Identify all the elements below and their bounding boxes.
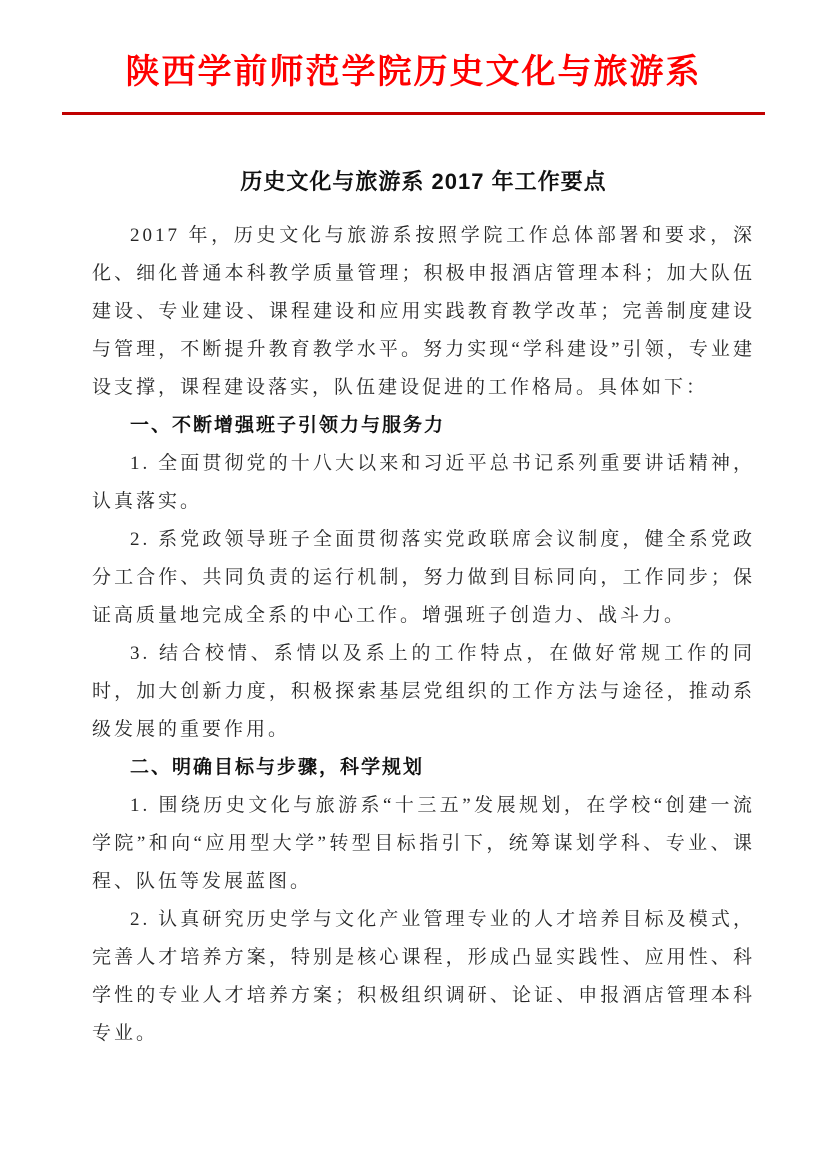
page-title: 历史文化与旅游系 2017 年工作要点	[92, 167, 755, 197]
letterhead-divider	[62, 112, 765, 115]
paragraph-1-2: 2. 系党政领导班子全面贯彻落实党政联席会议制度，健全系党政分工合作、共同负责的…	[92, 521, 755, 635]
document-body: 历史文化与旅游系 2017 年工作要点 2017 年，历史文化与旅游系按照学院工…	[92, 167, 755, 1053]
paragraph-2-1: 1. 围绕历史文化与旅游系“十三五”发展规划，在学校“创建一流学院”和向“应用型…	[92, 787, 755, 901]
document-page: 陕西学前师范学院历史文化与旅游系 历史文化与旅游系 2017 年工作要点 201…	[0, 0, 827, 1169]
section-heading-1: 一、不断增强班子引领力与服务力	[92, 407, 755, 445]
section-heading-2: 二、明确目标与步骤，科学规划	[92, 749, 755, 787]
letterhead: 陕西学前师范学院历史文化与旅游系	[0, 0, 827, 115]
paragraph-intro: 2017 年，历史文化与旅游系按照学院工作总体部署和要求，深化、细化普通本科教学…	[92, 217, 755, 407]
paragraph-2-2: 2. 认真研究历史学与文化产业管理专业的人才培养目标及模式，完善人才培养方案，特…	[92, 901, 755, 1053]
paragraph-1-3: 3. 结合校情、系情以及系上的工作特点，在做好常规工作的同时，加大创新力度，积极…	[92, 635, 755, 749]
letterhead-title: 陕西学前师范学院历史文化与旅游系	[0, 50, 827, 94]
paragraph-1-1: 1. 全面贯彻党的十八大以来和习近平总书记系列重要讲话精神，认真落实。	[92, 445, 755, 521]
